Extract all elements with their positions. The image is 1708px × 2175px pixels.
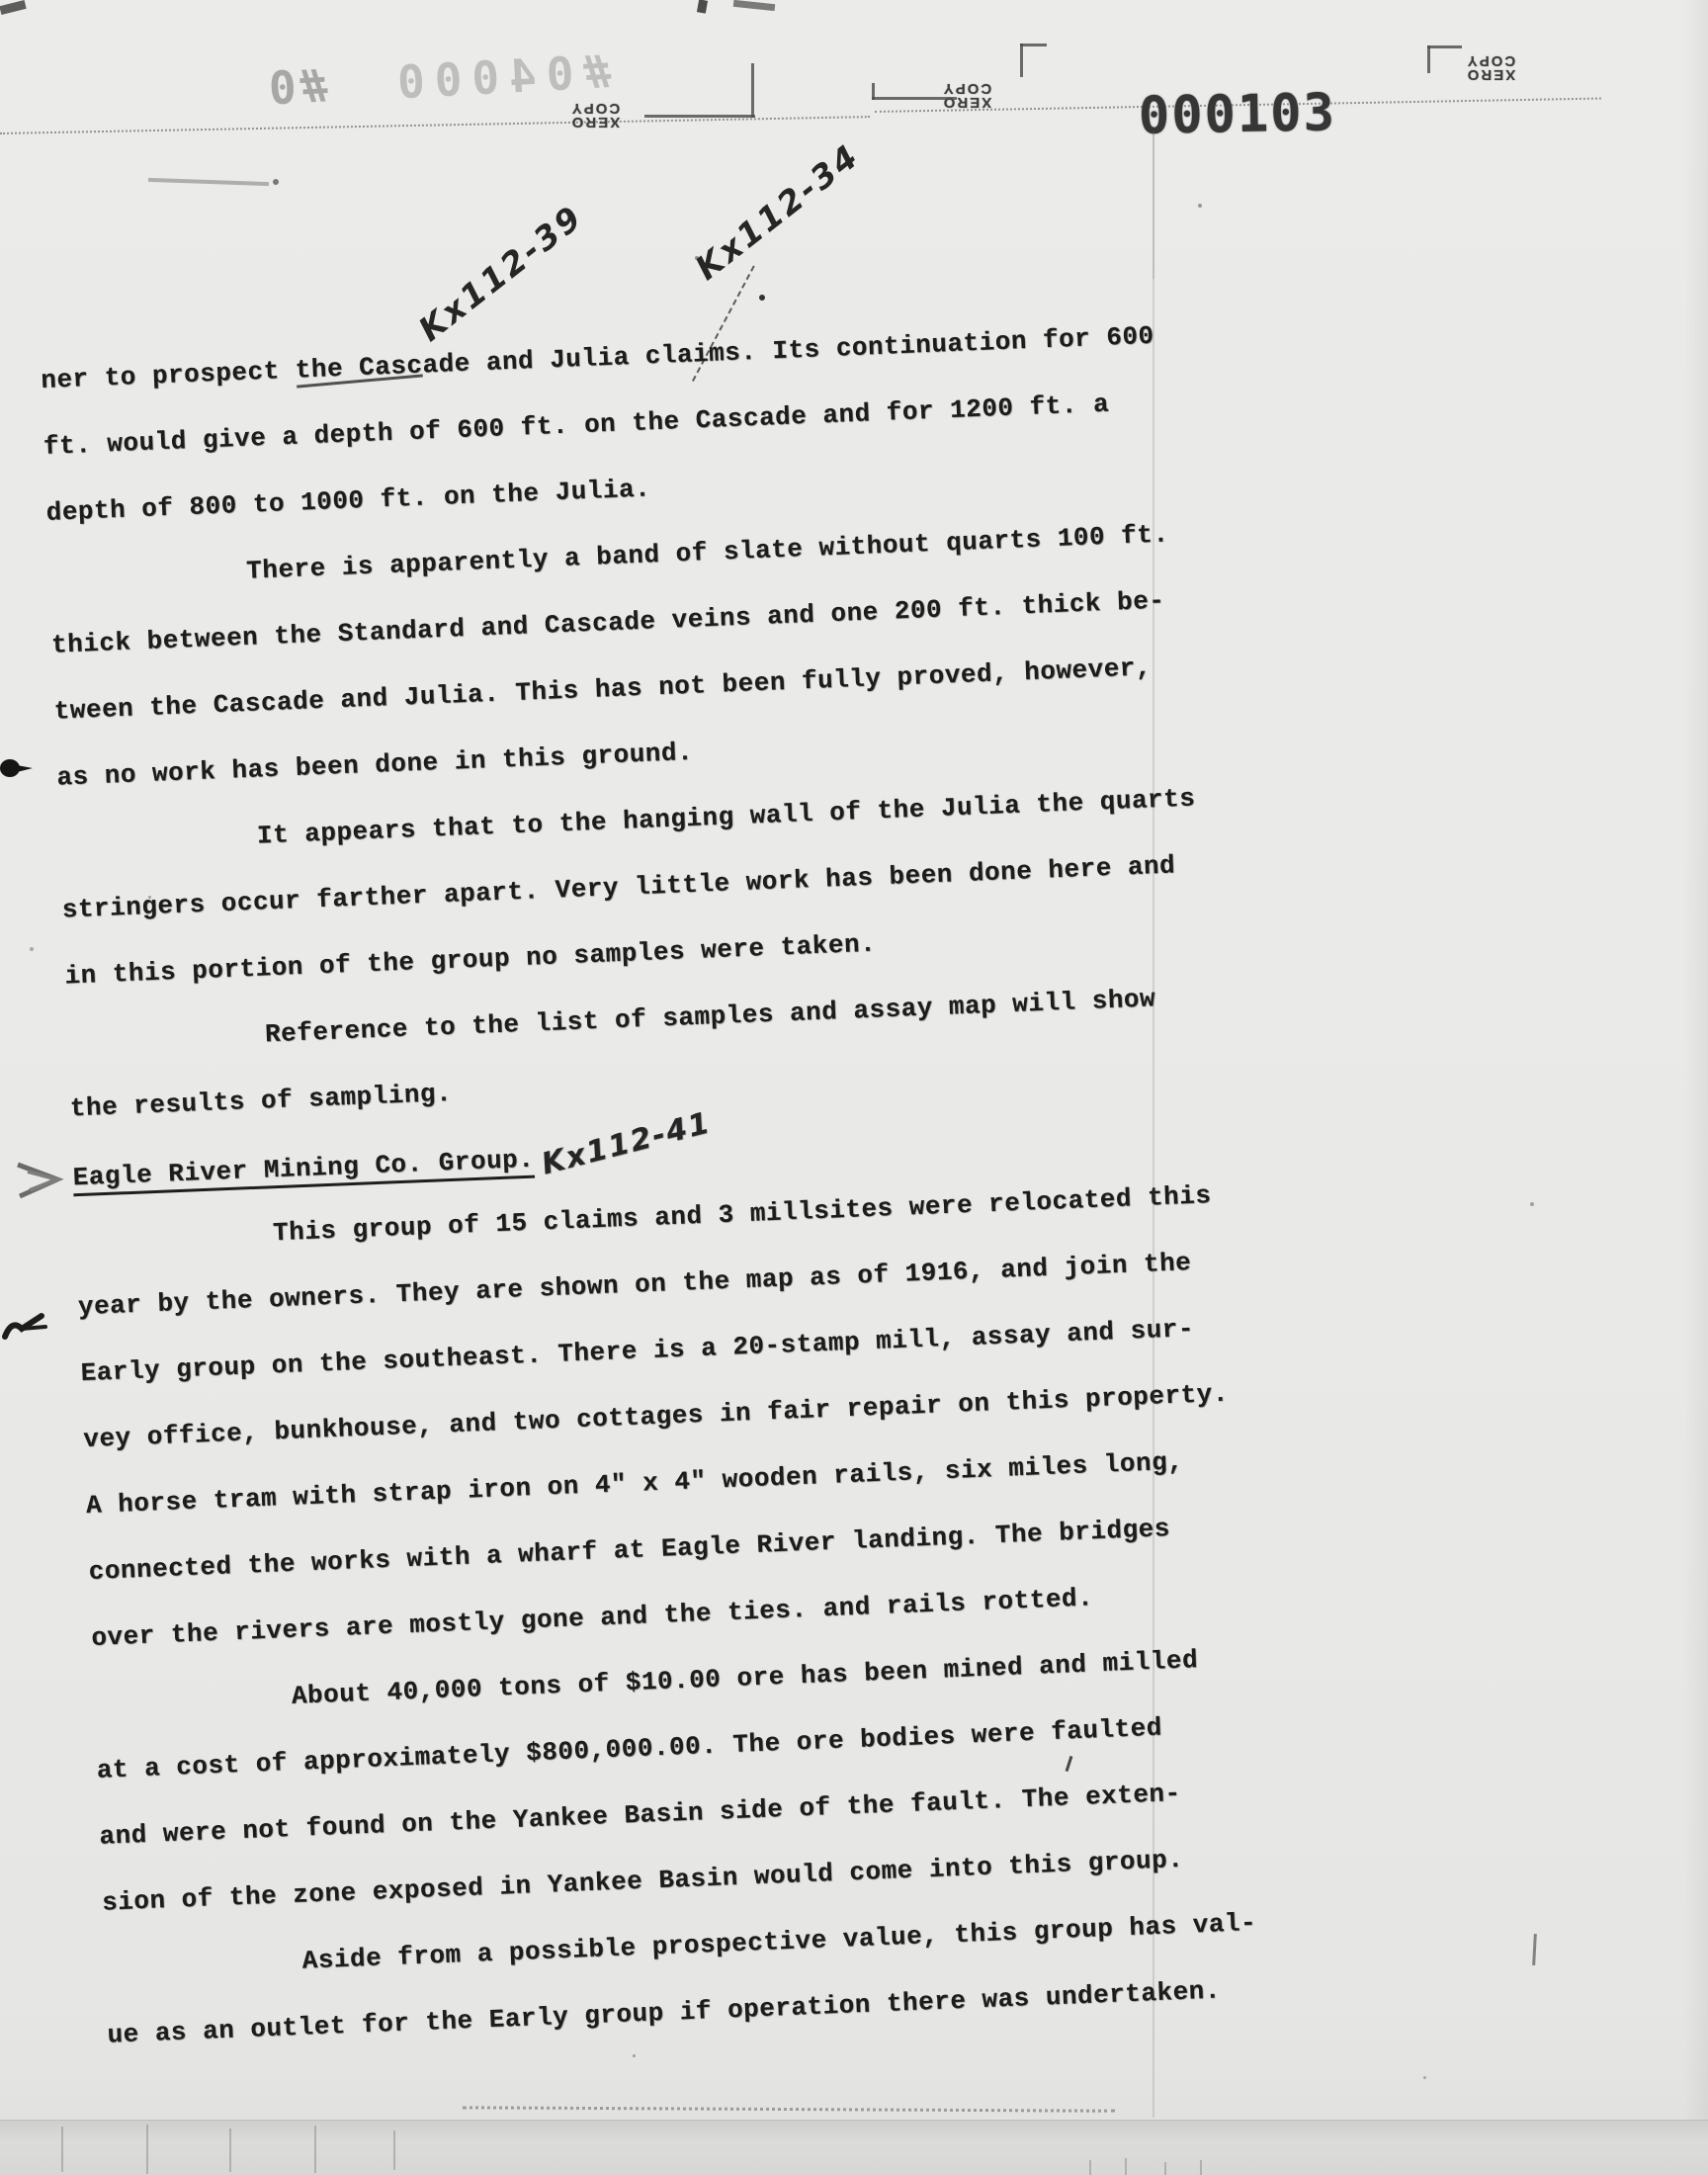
edge-streak [146,2125,148,2174]
ink-blob-icon [0,755,34,781]
pen-dot [759,295,765,301]
margin-check-icon [2,1311,47,1348]
typed-text-block: ner to prospect the Cascade and Julia cl… [40,302,1259,2068]
edge-streak [393,2131,395,2170]
speck [695,256,699,260]
speck [1198,204,1202,208]
fold-line-top [1153,130,1154,279]
corner-smudge [0,0,27,15]
pencil-dot [273,179,279,185]
xero-stamp-line: COPY [931,81,1002,95]
margin-arrow-icon [14,1155,71,1202]
scan-bottom-edge [0,2120,1708,2175]
xero-copy-stamp: XERO COPY [931,81,1002,109]
xero-copy-stamp: XERO COPY [1455,53,1526,81]
ghost-stamp: #0 [264,63,329,110]
edge-streak [1200,2160,1202,2175]
edge-streak [1089,2160,1091,2175]
top-edge-mark [697,0,708,14]
pen-dash [1532,1934,1537,1965]
handwritten-note-kx34: Kx112-34 [688,135,867,287]
xero-stamp-line: XERO [1455,67,1526,81]
speck [1423,2076,1426,2079]
speck [633,2054,636,2057]
dashed-crease-line [0,116,870,134]
edge-streak [229,2129,231,2172]
fold-line [1153,130,1154,2118]
bracket-mark [1427,45,1462,48]
edge-streak [314,2126,316,2173]
xero-stamp-line: COPY [1455,53,1526,67]
edge-streak [1125,2158,1127,2175]
speck [30,947,34,951]
bracket-mark [644,115,755,118]
xero-copy-stamp: XERO COPY [559,101,631,129]
page-right-edge-shadow [1682,0,1708,2175]
bracket-mark [1020,43,1047,46]
bracket-mark [1020,43,1023,77]
edge-streak [1164,2162,1166,2175]
bracket-mark [872,97,957,100]
page-number-stamp: 000103 [1139,89,1337,139]
edge-streak [61,2127,63,2172]
speck [148,896,151,899]
ghost-stamp: #04000 [386,49,612,105]
pencil-smudge [148,178,269,186]
xero-stamp-line: XERO [559,115,631,129]
top-edge-mark [733,0,776,11]
bracket-mark [1427,45,1430,73]
bottom-edge-dots [463,2106,1115,2112]
section-heading: Eagle River Mining Co. Group. [72,1145,535,1197]
xero-stamp-line: COPY [559,101,631,115]
bracket-mark [872,83,875,100]
speck [1530,1202,1534,1206]
bracket-mark [751,63,754,118]
scanned-document-page: { "page_stamp": { "number": "000103" }, … [0,0,1708,2175]
